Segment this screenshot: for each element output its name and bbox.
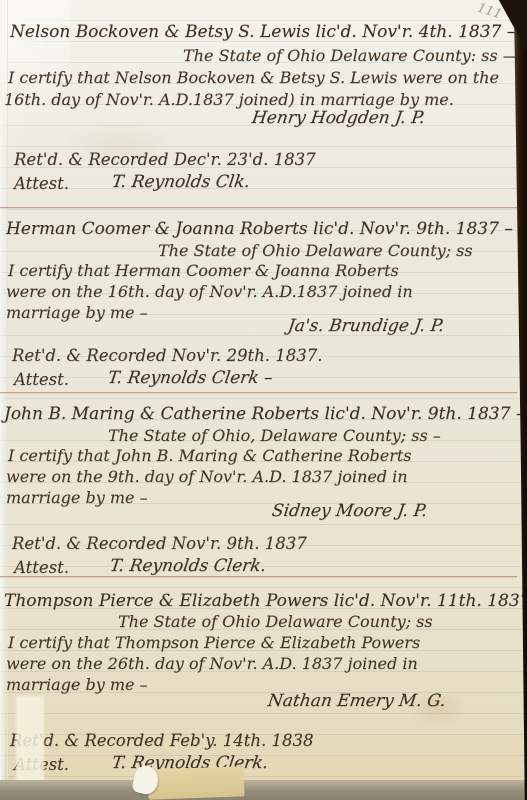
record-3-state-line: The State of Ohio, Delaware County; ss – — [108, 426, 441, 445]
record-3-attest-label: Attest. — [14, 558, 69, 577]
record-2-attest-label: Attest. — [14, 370, 69, 389]
record-2-state-line: The State of Ohio Delaware County; ss — [158, 241, 473, 260]
record-2-recorded-line: Ret'd. & Recorded Nov'r. 29th. 1837. — [12, 346, 323, 365]
record-4-license-line: Thompson Pierce & Elizabeth Powers lic'd… — [4, 591, 527, 611]
torn-paper-flap — [148, 766, 245, 799]
record-2-officiant-signature: Ja's. Brundige J. P. — [287, 316, 446, 336]
record-1-certify-line-2: 16th. day of Nov'r. A.D.1837 joined) in … — [4, 90, 454, 109]
record-separator-line — [0, 576, 517, 577]
record-separator-line — [0, 207, 517, 208]
record-3-certify-line-2: were on the 9th. day of Nov'r. A.D. 1837… — [6, 467, 408, 486]
record-1-attest-label: Attest. — [14, 174, 69, 193]
record-1-clerk-signature: T. Reynolds Clk. — [111, 172, 252, 192]
record-4-certify-line-1: I certify that Thompson Pierce & Elizabe… — [8, 633, 420, 652]
record-3-recorded-line: Ret'd. & Recorded Nov'r. 9th. 1837 — [12, 534, 307, 553]
record-1-state-line: The State of Ohio Delaware County: ss — — [183, 46, 519, 65]
record-3-clerk-signature: T. Reynolds Clerk. — [109, 556, 268, 576]
record-3-certify-line-1: I certify that John B. Maring & Catherin… — [8, 446, 411, 465]
record-4-recorded-line: Ret'd. & Recorded Feb'y. 14th. 1838 — [10, 731, 314, 750]
surface-below-page — [0, 780, 527, 800]
record-separator-line — [0, 392, 517, 393]
record-2-license-line: Herman Coomer & Joanna Roberts lic'd. No… — [6, 219, 513, 239]
record-4-certify-line-3: marriage by me – — [6, 675, 148, 694]
record-3-license-line: John B. Maring & Catherine Roberts lic'd… — [4, 404, 524, 424]
record-4-state-line: The State of Ohio Delaware County; ss — [118, 612, 433, 631]
record-3-officiant-signature: Sidney Moore J. P. — [271, 501, 429, 521]
record-1-officiant-signature: Henry Hodgden J. P. — [251, 108, 427, 128]
record-2-certify-line-2: were on the 16th. day of Nov'r. A.D.1837… — [6, 282, 413, 301]
record-3-certify-line-3: marriage by me – — [6, 488, 148, 507]
record-2-certify-line-1: I certify that Herman Coomer & Joanna Ro… — [8, 261, 399, 280]
record-4-certify-line-2: were on the 26th. day of Nov'r. A.D. 183… — [6, 654, 418, 673]
record-1-recorded-line: Ret'd. & Recorded Dec'r. 23'd. 1837 — [14, 150, 316, 169]
record-2-certify-line-3: marriage by me – — [6, 303, 148, 322]
ledger-page: 111 Nelson Bockoven & Betsy S. Lewis lic… — [0, 0, 527, 800]
record-2-clerk-signature: T. Reynolds Clerk – — [107, 368, 274, 388]
record-4-officiant-signature: Nathan Emery M. G. — [267, 691, 447, 711]
record-1-license-line: Nelson Bockoven & Betsy S. Lewis lic'd. … — [10, 22, 524, 42]
record-1-certify-line-1: I certify that Nelson Bockoven & Betsy S… — [8, 68, 499, 87]
